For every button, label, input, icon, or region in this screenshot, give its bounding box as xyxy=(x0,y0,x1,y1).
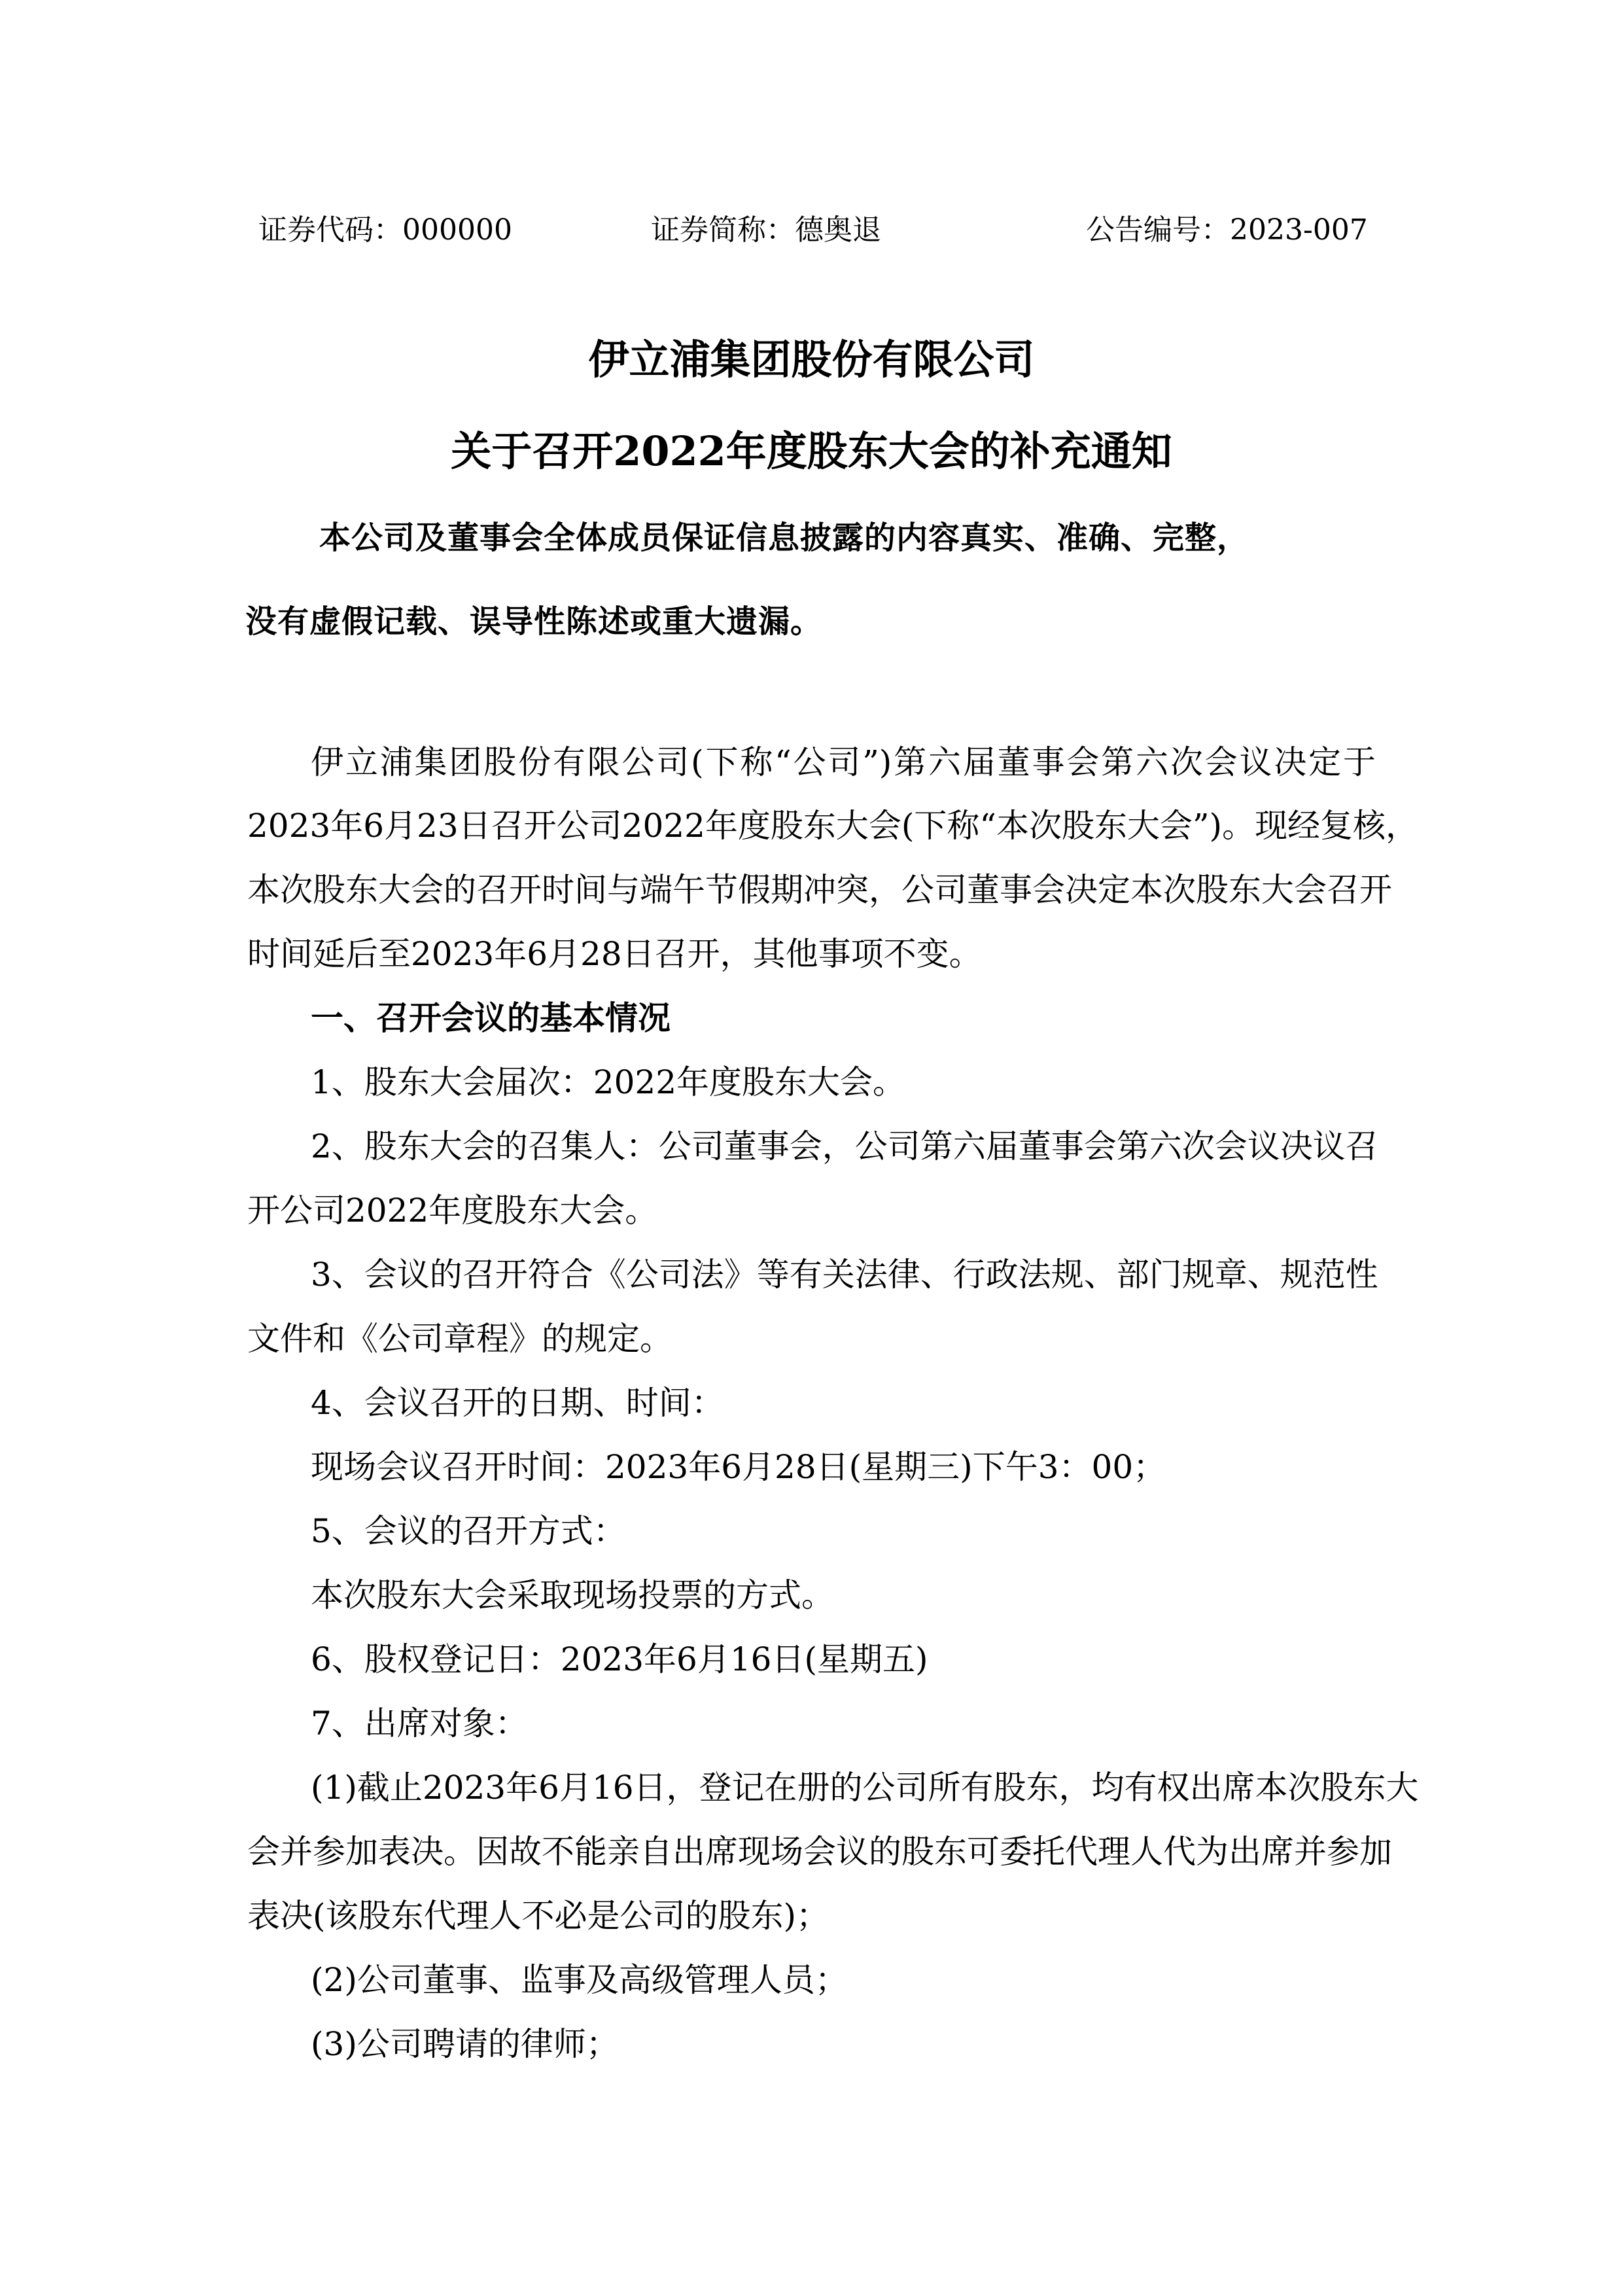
stock-code: 证券代码：000000 xyxy=(258,211,512,250)
list-item: 3、会议的召开符合《公司法》等有关法律、行政法规、部门规章、规范性 xyxy=(311,1254,1376,1296)
stock-abbreviation: 证券简称：德奥退 xyxy=(651,211,881,250)
section-heading: 一、召开会议的基本情况 xyxy=(311,997,1376,1039)
sub-item: (2)公司董事、监事及高级管理人员； xyxy=(311,1959,1376,2001)
notice-number: 公告编号：2023-007 xyxy=(1086,211,1368,250)
list-item-continued: 文件和《公司章程》的规定。 xyxy=(247,1318,1376,1360)
list-item: 2、股东大会的召集人：公司董事会，公司第六届董事会第六次会议决议召 xyxy=(311,1125,1376,1167)
list-item-detail: 本次股东大会采取现场投票的方式。 xyxy=(311,1574,1376,1616)
intro-line: 2023年6月23日召开公司2022年度股东大会(下称“本次股东大会”)。现经复… xyxy=(247,805,1376,847)
list-item: 5、会议的召开方式： xyxy=(311,1510,1376,1552)
title-subject: 关于召开2022年度股东大会的补充通知 xyxy=(0,425,1623,478)
list-item-continued: 开公司2022年度股东大会。 xyxy=(247,1190,1376,1231)
list-item: 6、股权登记日：2023年6月16日(星期五) xyxy=(311,1638,1376,1680)
sub-item: (3)公司聘请的律师； xyxy=(311,2023,1376,2065)
sub-item: (1)截止2023年6月16日，登记在册的公司所有股东，均有权出席本次股东大 xyxy=(311,1767,1376,1809)
document-page: 证券代码：000000 证券简称：德奥退 公告编号：2023-007 伊立浦集团… xyxy=(0,0,1623,2296)
declaration-line-2: 没有虚假记载、误导性陈述或重大遗漏。 xyxy=(245,601,822,643)
intro-line: 伊立浦集团股份有限公司(下称“公司”)第六届董事会第六次会议决定于 xyxy=(311,741,1376,783)
intro-line: 时间延后至2023年6月28日召开，其他事项不变。 xyxy=(247,933,1376,975)
declaration-line-1: 本公司及董事会全体成员保证信息披露的内容真实、准确、完整， xyxy=(319,517,1249,559)
sub-item-continued: 会并参加表决。因故不能亲自出席现场会议的股东可委托代理人代为出席并参加 xyxy=(247,1831,1376,1873)
list-item-detail: 现场会议召开时间：2023年6月28日(星期三)下午3：00； xyxy=(311,1446,1376,1488)
title-company: 伊立浦集团股份有限公司 xyxy=(0,334,1623,386)
sub-item-continued: 表决(该股东代理人不必是公司的股东)； xyxy=(247,1895,1376,1937)
list-item: 7、出席对象： xyxy=(311,1703,1376,1744)
list-item: 4、会议召开的日期、时间： xyxy=(311,1382,1376,1424)
document-header: 证券代码：000000 证券简称：德奥退 公告编号：2023-007 xyxy=(258,211,1377,250)
list-item: 1、股东大会届次：2022年度股东大会。 xyxy=(311,1061,1376,1103)
intro-line: 本次股东大会的召开时间与端午节假期冲突，公司董事会决定本次股东大会召开 xyxy=(247,869,1376,911)
